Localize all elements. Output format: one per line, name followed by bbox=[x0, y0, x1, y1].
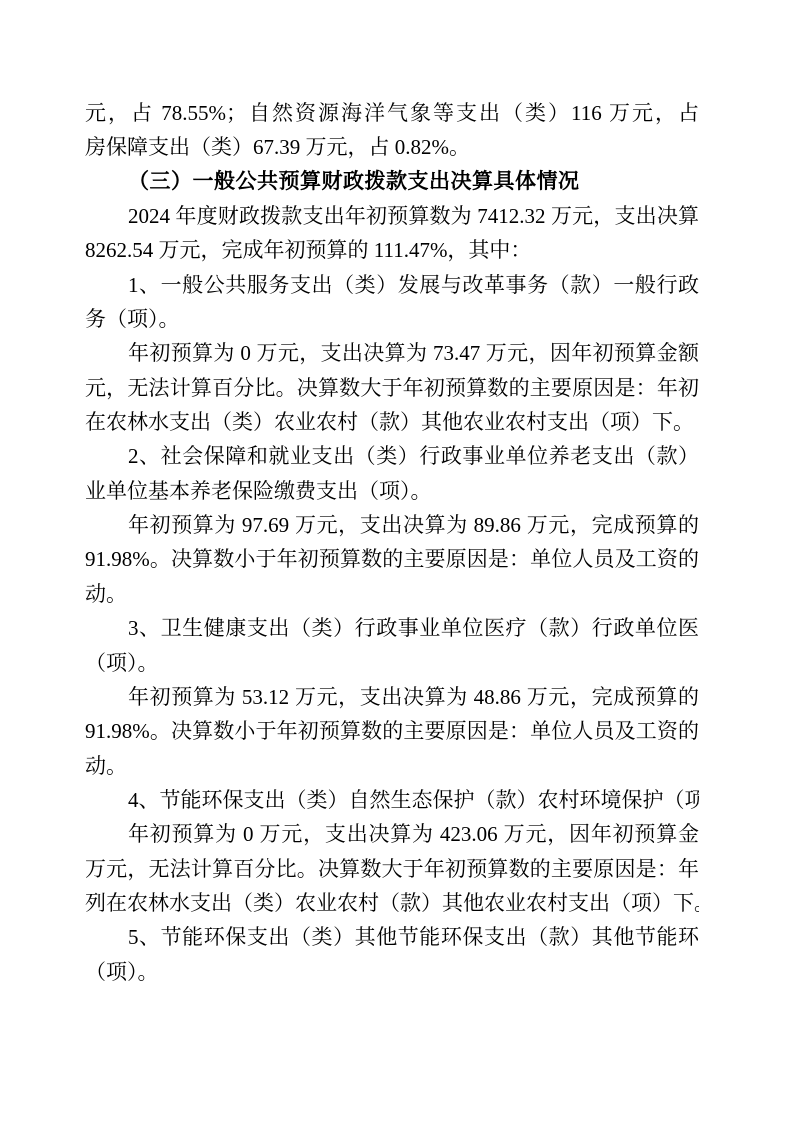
text-line-9: 元，无法计算百分比。决算数大于年初预算数的主要原因是：年初预算列 bbox=[85, 371, 699, 405]
text-line-21: 4、节能环保支出（类）自然生态保护（款）农村环境保护（项）。 bbox=[85, 783, 699, 817]
text-line-11: 2、社会保障和就业支出（类）行政事业单位养老支出（款）机关事 bbox=[85, 439, 699, 473]
text-line-14: 91.98%。决算数小于年初预算数的主要原因是：单位人员及工资的变 bbox=[85, 542, 699, 576]
text-line-22: 年初预算为 0 万元，支出决算为 423.06 万元，因年初预算金额为 0 bbox=[85, 817, 699, 851]
text-line-7: 务（项）。 bbox=[85, 302, 699, 336]
text-line-6: 1、一般公共服务支出（类）发展与改革事务（款）一般行政管理事 bbox=[85, 268, 699, 302]
text-line-16: 3、卫生健康支出（类）行政事业单位医疗（款）行政单位医疗 bbox=[85, 611, 699, 645]
text-line-24: 列在农林水支出（类）农业农村（款）其他农业农村支出（项）下。 bbox=[85, 886, 699, 920]
text-line-13: 年初预算为 97.69 万元，支出决算为 89.86 万元，完成预算的 bbox=[85, 508, 699, 542]
text-line-26: （项）。 bbox=[85, 955, 699, 989]
text-line-10: 在农林水支出（类）农业农村（款）其他农业农村支出（项）下。 bbox=[85, 405, 699, 439]
text-line-1: 元，占 78.55%；自然资源海洋气象等支出（类）116 万元，占 1.40%；… bbox=[85, 96, 699, 130]
text-line-23: 万元，无法计算百分比。决算数大于年初预算数的主要原因是：年初预算 bbox=[85, 852, 699, 886]
text-line-25: 5、节能环保支出（类）其他节能环保支出（款）其他节能环保支出 bbox=[85, 920, 699, 954]
text-line-8: 年初预算为 0 万元，支出决算为 73.47 万元，因年初预算金额为 0 万 bbox=[85, 336, 699, 370]
text-line-2: 房保障支出（类）67.39 万元，占 0.82%。 bbox=[85, 130, 699, 164]
text-line-17: （项）。 bbox=[85, 646, 699, 680]
text-line-18: 年初预算为 53.12 万元，支出决算为 48.86 万元，完成预算的 bbox=[85, 680, 699, 714]
text-line-12: 业单位基本养老保险缴费支出（项）。 bbox=[85, 474, 699, 508]
text-line-20: 动。 bbox=[85, 749, 699, 783]
text-line-5: 8262.54 万元，完成年初预算的 111.47%，其中： bbox=[85, 233, 699, 267]
text-line-19: 91.98%。决算数小于年初预算数的主要原因是：单位人员及工资的变 bbox=[85, 714, 699, 748]
section-heading: （三）一般公共预算财政拨款支出决算具体情况 bbox=[85, 165, 699, 199]
text-line-15: 动。 bbox=[85, 577, 699, 611]
document-content: 元，占 78.55%；自然资源海洋气象等支出（类）116 万元，占 1.40%；… bbox=[85, 96, 699, 989]
text-line-4: 2024 年度财政拨款支出年初预算数为 7412.32 万元，支出决算数为 bbox=[85, 199, 699, 233]
document-page: 元，占 78.55%；自然资源海洋气象等支出（类）116 万元，占 1.40%；… bbox=[0, 0, 793, 1122]
